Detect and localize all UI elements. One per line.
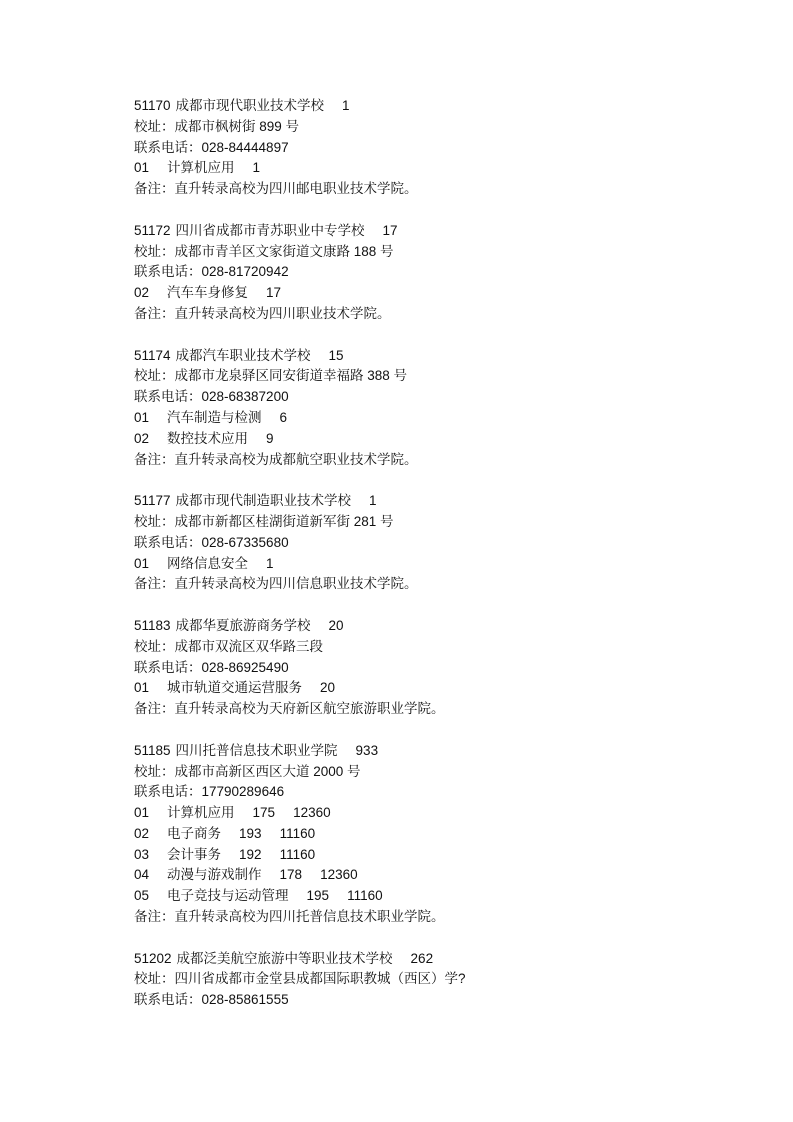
- major-row: 02数控技术应用9: [134, 429, 694, 450]
- address-value: 成都市新都区桂湖街道新军街 281 号: [175, 514, 394, 529]
- major-code: 02: [134, 826, 149, 841]
- phone-value: 028-68387200: [202, 389, 289, 404]
- school-entry: 51172四川省成都市青苏职业中专学校17校址：成都市青羊区文家街道文康路 18…: [134, 221, 694, 325]
- major-row: 01城市轨道交通运营服务20: [134, 678, 694, 699]
- school-header: 51170成都市现代职业技术学校1: [134, 96, 694, 117]
- school-address: 校址：成都市双流区双华路三段: [134, 637, 694, 658]
- major-quota: 178: [280, 867, 303, 882]
- major-quota: 9: [266, 431, 274, 446]
- school-address: 校址：成都市新都区桂湖街道新军街 281 号: [134, 512, 694, 533]
- address-value: 成都市高新区西区大道 2000 号: [175, 764, 361, 779]
- school-quota: 1: [342, 98, 350, 113]
- school-name: 四川省成都市青苏职业中专学校: [176, 223, 365, 238]
- school-entry: 51202成都泛美航空旅游中等职业技术学校262校址：四川省成都市金堂县成都国际…: [134, 949, 694, 1011]
- major-name: 城市轨道交通运营服务: [167, 680, 302, 695]
- major-row: 05电子竞技与运动管理19511160: [134, 886, 694, 907]
- note-value: 直升转录高校为四川邮电职业技术学院。: [175, 181, 418, 196]
- major-row: 01汽车制造与检测6: [134, 408, 694, 429]
- school-quota: 933: [356, 743, 379, 758]
- school-header: 51202成都泛美航空旅游中等职业技术学校262: [134, 949, 694, 970]
- note-value: 直升转录高校为四川信息职业技术学院。: [175, 576, 418, 591]
- school-name: 成都华夏旅游商务学校: [176, 618, 311, 633]
- school-code: 51172: [134, 223, 171, 238]
- address-label: 校址：: [134, 764, 175, 779]
- school-quota: 17: [383, 223, 398, 238]
- note-value: 直升转录高校为四川职业技术学院。: [175, 306, 391, 321]
- major-fee: 12360: [293, 805, 331, 820]
- school-header: 51185四川托普信息技术职业学院933: [134, 741, 694, 762]
- note-label: 备注：: [134, 306, 175, 321]
- school-entry: 51177成都市现代制造职业技术学校1校址：成都市新都区桂湖街道新军街 281 …: [134, 491, 694, 595]
- school-quota: 262: [411, 951, 434, 966]
- school-header: 51177成都市现代制造职业技术学校1: [134, 491, 694, 512]
- major-row: 02电子商务19311160: [134, 824, 694, 845]
- address-value: 成都市青羊区文家街道文康路 188 号: [175, 244, 394, 259]
- school-entry: 51170成都市现代职业技术学校1校址：成都市枫树街 899 号联系电话：028…: [134, 96, 694, 200]
- phone-value: 028-85861555: [202, 992, 289, 1007]
- school-entry: 51185四川托普信息技术职业学院933校址：成都市高新区西区大道 2000 号…: [134, 741, 694, 928]
- school-name: 成都市现代制造职业技术学校: [176, 493, 352, 508]
- major-row: 01计算机应用17512360: [134, 803, 694, 824]
- note-label: 备注：: [134, 701, 175, 716]
- school-phone: 联系电话：028-67335680: [134, 533, 694, 554]
- major-name: 汽车车身修复: [167, 285, 248, 300]
- note-label: 备注：: [134, 452, 175, 467]
- major-fee: 11160: [280, 826, 316, 841]
- school-name: 成都泛美航空旅游中等职业技术学校: [177, 951, 393, 966]
- phone-value: 17790289646: [202, 784, 285, 799]
- major-code: 01: [134, 160, 149, 175]
- major-fee: 11160: [280, 847, 316, 862]
- school-code: 51183: [134, 618, 171, 633]
- school-header: 51174成都汽车职业技术学校15: [134, 346, 694, 367]
- school-code: 51202: [134, 951, 172, 966]
- major-code: 03: [134, 847, 149, 862]
- major-quota: 195: [307, 888, 330, 903]
- address-label: 校址：: [134, 119, 175, 134]
- major-code: 04: [134, 867, 149, 882]
- phone-value: 028-81720942: [202, 264, 289, 279]
- major-name: 电子商务: [167, 826, 221, 841]
- major-quota: 175: [253, 805, 276, 820]
- major-code: 02: [134, 285, 149, 300]
- major-code: 05: [134, 888, 149, 903]
- address-label: 校址：: [134, 514, 175, 529]
- major-row: 04动漫与游戏制作17812360: [134, 865, 694, 886]
- school-code: 51170: [134, 98, 171, 113]
- major-name: 计算机应用: [167, 805, 235, 820]
- school-code: 51177: [134, 493, 171, 508]
- school-code: 51174: [134, 348, 171, 363]
- school-note: 备注：直升转录高校为四川邮电职业技术学院。: [134, 179, 694, 200]
- school-phone: 联系电话：028-86925490: [134, 658, 694, 679]
- phone-label: 联系电话：: [134, 140, 202, 155]
- school-phone: 联系电话：028-84444897: [134, 138, 694, 159]
- school-note: 备注：直升转录高校为天府新区航空旅游职业学院。: [134, 699, 694, 720]
- major-quota: 17: [266, 285, 281, 300]
- school-name: 成都市现代职业技术学校: [176, 98, 325, 113]
- school-address: 校址：四川省成都市金堂县成都国际职教城（西区）学?: [134, 969, 694, 990]
- major-name: 汽车制造与检测: [167, 410, 262, 425]
- school-phone: 联系电话：17790289646: [134, 782, 694, 803]
- phone-label: 联系电话：: [134, 535, 202, 550]
- major-name: 计算机应用: [167, 160, 235, 175]
- address-label: 校址：: [134, 971, 175, 986]
- school-address: 校址：成都市青羊区文家街道文康路 188 号: [134, 242, 694, 263]
- school-quota: 20: [329, 618, 344, 633]
- address-label: 校址：: [134, 244, 175, 259]
- school-phone: 联系电话：028-85861555: [134, 990, 694, 1011]
- school-note: 备注：直升转录高校为四川信息职业技术学院。: [134, 574, 694, 595]
- school-phone: 联系电话：028-81720942: [134, 262, 694, 283]
- school-quota: 15: [329, 348, 344, 363]
- address-value: 成都市龙泉驿区同安街道幸福路 388 号: [175, 368, 408, 383]
- note-value: 直升转录高校为四川托普信息技术职业学院。: [175, 909, 445, 924]
- major-quota: 20: [320, 680, 335, 695]
- address-value: 成都市枫树街 899 号: [175, 119, 300, 134]
- major-name: 数控技术应用: [167, 431, 248, 446]
- school-entry: 51174成都汽车职业技术学校15校址：成都市龙泉驿区同安街道幸福路 388 号…: [134, 346, 694, 471]
- phone-label: 联系电话：: [134, 264, 202, 279]
- major-quota: 1: [266, 556, 274, 571]
- address-value: 成都市双流区双华路三段: [175, 639, 324, 654]
- school-name: 成都汽车职业技术学校: [176, 348, 311, 363]
- major-quota: 192: [239, 847, 262, 862]
- major-code: 01: [134, 556, 149, 571]
- major-code: 02: [134, 431, 149, 446]
- school-address: 校址：成都市龙泉驿区同安街道幸福路 388 号: [134, 366, 694, 387]
- phone-value: 028-86925490: [202, 660, 289, 675]
- major-name: 电子竞技与运动管理: [167, 888, 289, 903]
- major-code: 01: [134, 410, 149, 425]
- school-header: 51183成都华夏旅游商务学校20: [134, 616, 694, 637]
- address-label: 校址：: [134, 368, 175, 383]
- note-value: 直升转录高校为成都航空职业技术学院。: [175, 452, 418, 467]
- school-header: 51172四川省成都市青苏职业中专学校17: [134, 221, 694, 242]
- major-row: 01网络信息安全1: [134, 554, 694, 575]
- school-entry: 51183成都华夏旅游商务学校20校址：成都市双流区双华路三段联系电话：028-…: [134, 616, 694, 720]
- phone-value: 028-84444897: [202, 140, 289, 155]
- school-quota: 1: [369, 493, 377, 508]
- major-code: 01: [134, 805, 149, 820]
- phone-label: 联系电话：: [134, 784, 202, 799]
- address-label: 校址：: [134, 639, 175, 654]
- major-name: 动漫与游戏制作: [167, 867, 262, 882]
- note-label: 备注：: [134, 181, 175, 196]
- phone-label: 联系电话：: [134, 992, 202, 1007]
- major-code: 01: [134, 680, 149, 695]
- phone-value: 028-67335680: [202, 535, 289, 550]
- document-page: 51170成都市现代职业技术学校1校址：成都市枫树街 899 号联系电话：028…: [134, 96, 694, 1032]
- school-code: 51185: [134, 743, 171, 758]
- note-label: 备注：: [134, 909, 175, 924]
- major-row: 03会计事务19211160: [134, 845, 694, 866]
- school-phone: 联系电话：028-68387200: [134, 387, 694, 408]
- school-address: 校址：成都市枫树街 899 号: [134, 117, 694, 138]
- school-note: 备注：直升转录高校为成都航空职业技术学院。: [134, 450, 694, 471]
- school-name: 四川托普信息技术职业学院: [176, 743, 338, 758]
- phone-label: 联系电话：: [134, 660, 202, 675]
- major-quota: 193: [239, 826, 262, 841]
- school-note: 备注：直升转录高校为四川职业技术学院。: [134, 304, 694, 325]
- school-address: 校址：成都市高新区西区大道 2000 号: [134, 762, 694, 783]
- school-note: 备注：直升转录高校为四川托普信息技术职业学院。: [134, 907, 694, 928]
- major-name: 网络信息安全: [167, 556, 248, 571]
- phone-label: 联系电话：: [134, 389, 202, 404]
- note-value: 直升转录高校为天府新区航空旅游职业学院。: [175, 701, 445, 716]
- major-name: 会计事务: [167, 847, 221, 862]
- major-row: 01计算机应用1: [134, 158, 694, 179]
- major-quota: 1: [253, 160, 261, 175]
- major-fee: 12360: [320, 867, 358, 882]
- major-fee: 11160: [347, 888, 383, 903]
- address-value: 四川省成都市金堂县成都国际职教城（西区）学?: [175, 971, 466, 986]
- major-quota: 6: [280, 410, 288, 425]
- major-row: 02汽车车身修复17: [134, 283, 694, 304]
- note-label: 备注：: [134, 576, 175, 591]
